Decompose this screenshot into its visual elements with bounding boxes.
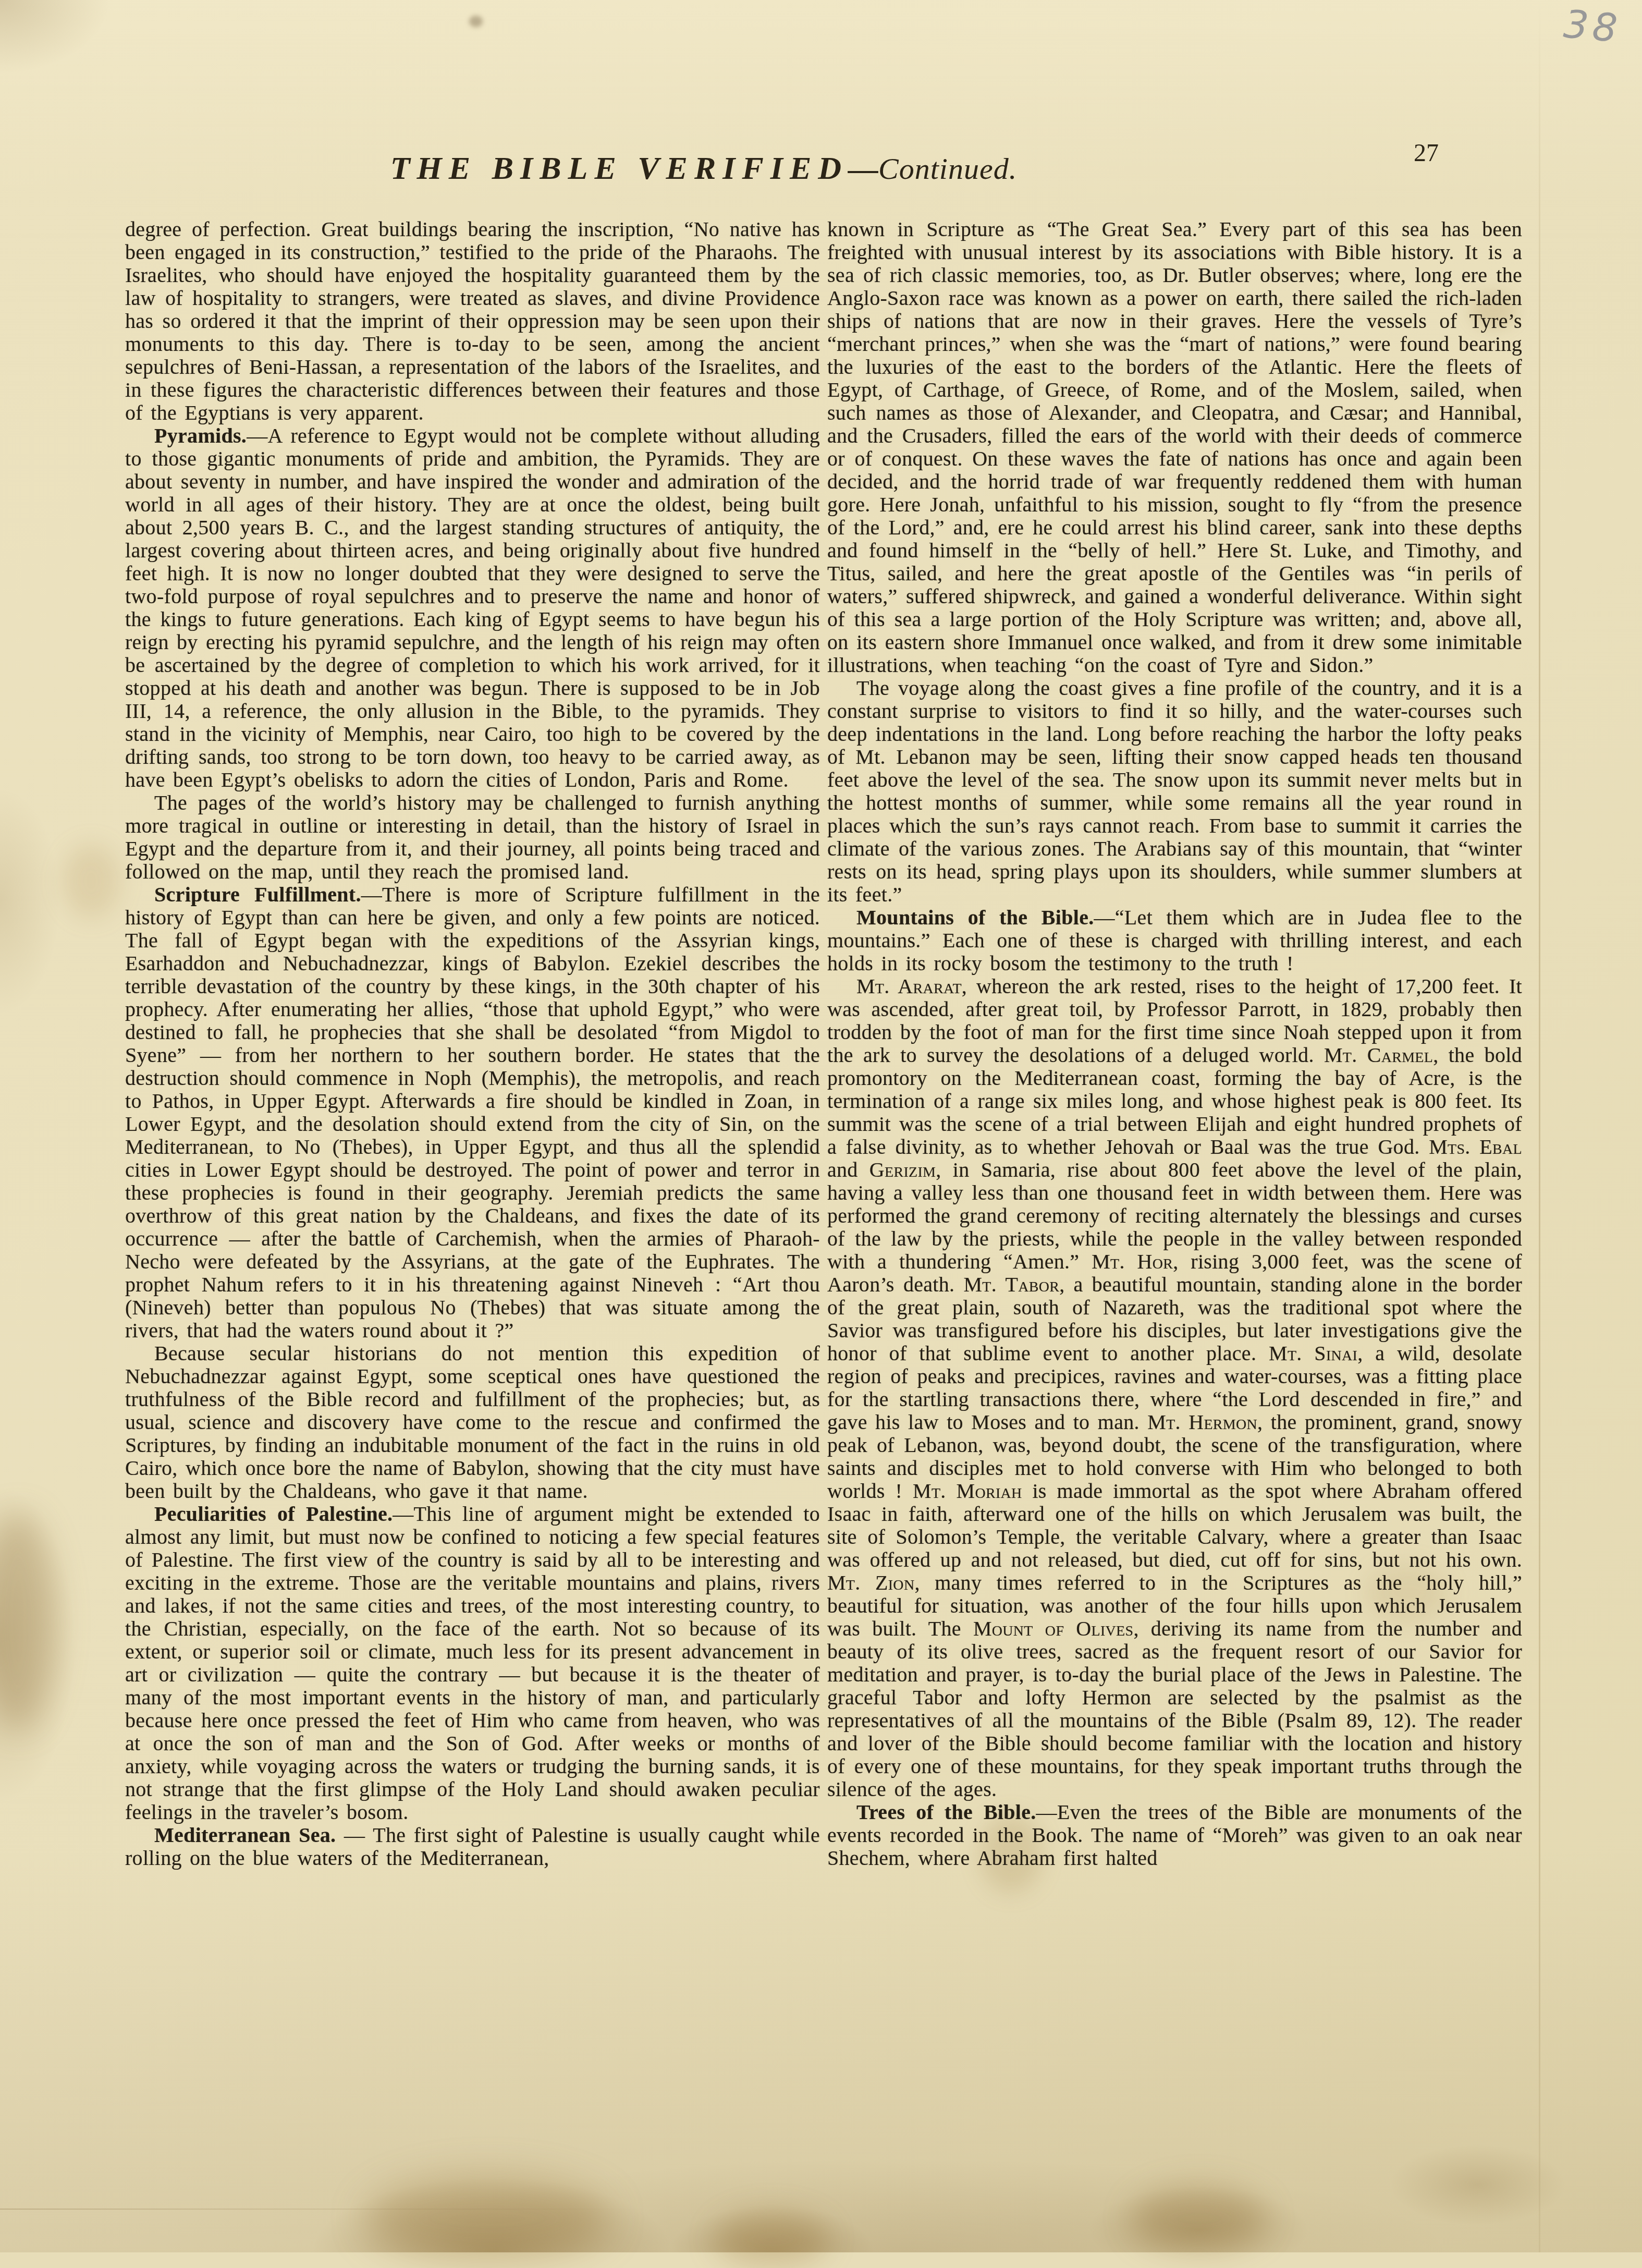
page-header: THE BIBLE VERIFIED—Continued. 27 <box>125 150 1520 197</box>
scanned-book-page: 38 THE BIBLE VERIFIED—Continued. 27 degr… <box>0 0 1642 2252</box>
section-heading: Scripture Fulfillment. <box>154 883 361 906</box>
paper-stain <box>365 2174 610 2252</box>
section-paragraph: Scripture Fulfillment.—There is more of … <box>125 883 820 1342</box>
small-caps-name: Mts. Ebal <box>1429 1135 1522 1159</box>
paragraph: known in Scripture as “The Great Sea.” E… <box>827 218 1522 677</box>
page-title-main: THE BIBLE VERIFIED <box>390 151 848 186</box>
small-caps-name: Mt. Tabor <box>963 1273 1059 1296</box>
handwritten-pencil-number: 38 <box>1562 2 1623 51</box>
bottom-crease <box>0 2209 652 2210</box>
paragraph: degree of perfection. Great buildings be… <box>125 218 820 424</box>
small-caps-name: Mt. Hor <box>1092 1250 1173 1273</box>
paragraph: Mt. Ararat, whereon the ark rested, rise… <box>827 975 1522 1801</box>
section-paragraph: Pyramids.—A reference to Egypt would not… <box>125 424 820 791</box>
paper-stain <box>1131 2185 1267 2252</box>
section-paragraph: Mountains of the Bible.—“Let them which … <box>827 906 1522 975</box>
small-caps-name: Mount of Olives <box>973 1617 1133 1640</box>
paragraph: The pages of the world’s history may be … <box>125 791 820 883</box>
paper-stain <box>714 2211 829 2252</box>
section-paragraph: Mediterranean Sea. — The first sight of … <box>125 1824 820 1870</box>
small-caps-name: Mt. Hermon <box>1147 1410 1257 1434</box>
section-heading: Pyramids. <box>154 424 247 447</box>
small-caps-name: Gerizim <box>869 1158 936 1181</box>
page-edge-crease <box>1539 0 1540 2252</box>
section-paragraph: Peculiarities of Palestine.—This line of… <box>125 1503 820 1824</box>
small-caps-name: Mt. Ararat <box>856 974 962 998</box>
small-caps-name: Mt. Sinai <box>1269 1342 1357 1365</box>
page-title-continued: Continued. <box>878 152 1017 186</box>
text-columns: degree of perfection. Great buildings be… <box>125 218 1522 1870</box>
small-caps-name: Mt. Carmel <box>1324 1043 1433 1067</box>
small-caps-name: Mt. Moriah <box>913 1479 1022 1503</box>
section-paragraph: Trees of the Bible.—Even the trees of th… <box>827 1801 1522 1870</box>
paper-stain <box>0 1512 57 1731</box>
section-heading: Mountains of the Bible. <box>856 906 1094 929</box>
page-title: THE BIBLE VERIFIED—Continued. <box>125 150 1282 187</box>
section-heading: Peculiarities of Palestine. <box>154 1502 393 1526</box>
paper-stain <box>63 845 120 918</box>
left-column: degree of perfection. Great buildings be… <box>125 218 820 1870</box>
section-heading: Trees of the Bible. <box>856 1800 1036 1824</box>
page-number: 27 <box>1414 139 1439 167</box>
small-caps-name: Mt. Zion <box>827 1571 914 1594</box>
ink-speck <box>469 16 483 27</box>
section-heading: Mediterranean Sea. <box>154 1823 336 1847</box>
right-column: known in Scripture as “The Great Sea.” E… <box>827 218 1522 1870</box>
paragraph: Because secular historians do not mentio… <box>125 1342 820 1503</box>
paragraph: The voyage along the coast gives a fine … <box>827 677 1522 906</box>
page-title-separator: — <box>848 152 878 186</box>
